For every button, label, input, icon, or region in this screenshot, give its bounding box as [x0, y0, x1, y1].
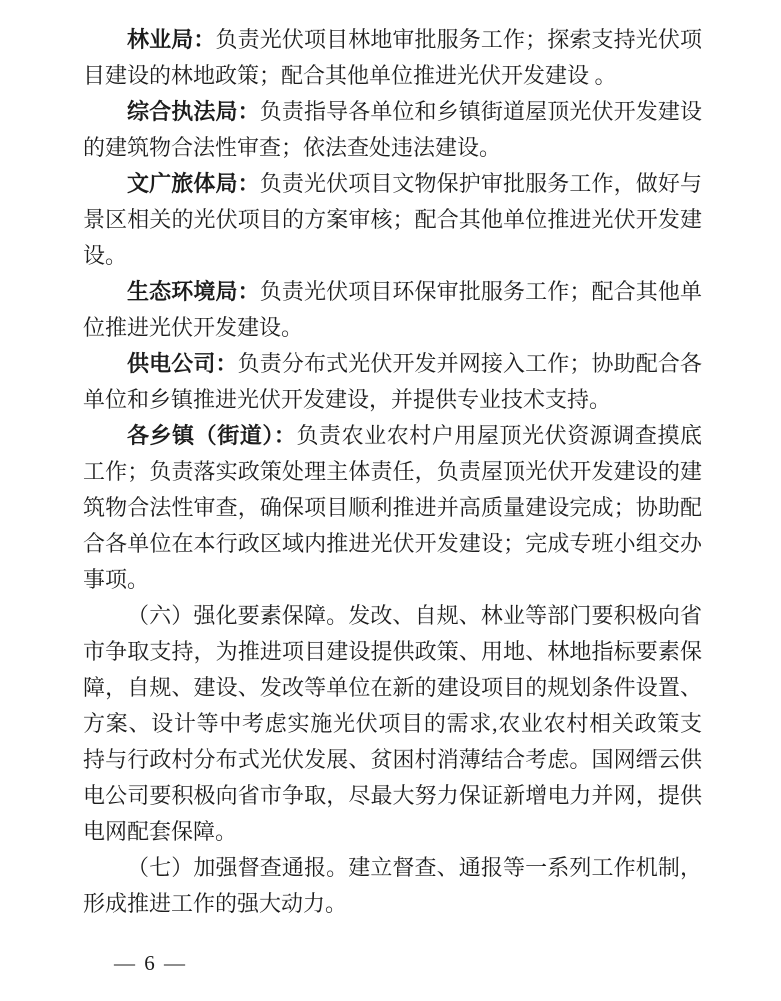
- paragraph-forestry-bureau: 林业局：负责光伏项目林地审批服务工作；探索支持光伏项目建设的林地政策；配合其他单…: [83, 22, 702, 94]
- paragraph-lead: 文广旅体局：: [127, 171, 260, 196]
- paragraph-item-six-strengthen-element-guarantee: （六）强化要素保障。发改、自规、林业等部门要积极向省市争取支持，为推进项目建设提…: [83, 598, 702, 850]
- paragraph-body: 负责农业农村户用屋顶光伏资源调查摸底工作；负责落实政策处理主体责任，负责屋顶光伏…: [83, 423, 702, 592]
- text-block: 林业局：负责光伏项目林地审批服务工作；探索支持光伏项目建设的林地政策；配合其他单…: [83, 22, 702, 922]
- paragraph-ecology-environment-bureau: 生态环境局：负责光伏项目环保审批服务工作；配合其他单位推进光伏开发建设。: [83, 274, 702, 346]
- paragraph-power-supply-company: 供电公司：负责分布式光伏开发并网接入工作；协助配合各单位和乡镇推进光伏开发建设，…: [83, 346, 702, 418]
- paragraph-item-seven-strengthen-supervision-notification: （七）加强督查通报。建立督查、通报等一系列工作机制，形成推进工作的强大动力。: [83, 850, 702, 922]
- paragraph-lead: 生态环境局：: [127, 279, 260, 304]
- paragraph-lead: 综合执法局：: [127, 99, 260, 124]
- paragraph-body: （七）加强督查通报。建立督查、通报等一系列工作机制，形成推进工作的强大动力。: [83, 855, 702, 916]
- document-page: 林业局：负责光伏项目林地审批服务工作；探索支持光伏项目建设的林地政策；配合其他单…: [0, 0, 781, 1001]
- paragraph-lead: 林业局：: [127, 27, 215, 52]
- paragraph-comprehensive-law-enforcement-bureau: 综合执法局：负责指导各单位和乡镇街道屋顶光伏开发建设的建筑物合法性审查；依法查处…: [83, 94, 702, 166]
- paragraph-culture-tourism-bureau: 文广旅体局：负责光伏项目文物保护审批服务工作，做好与景区相关的光伏项目的方案审核…: [83, 166, 702, 274]
- paragraph-body: （六）强化要素保障。发改、自规、林业等部门要积极向省市争取支持，为推进项目建设提…: [83, 603, 702, 844]
- paragraph-lead: 各乡镇（街道）：: [127, 423, 296, 448]
- paragraph-lead: 供电公司：: [127, 351, 238, 376]
- paragraph-townships-streets: 各乡镇（街道）：负责农业农村户用屋顶光伏资源调查摸底工作；负责落实政策处理主体责…: [83, 418, 702, 598]
- page-number: — 6 —: [114, 948, 187, 978]
